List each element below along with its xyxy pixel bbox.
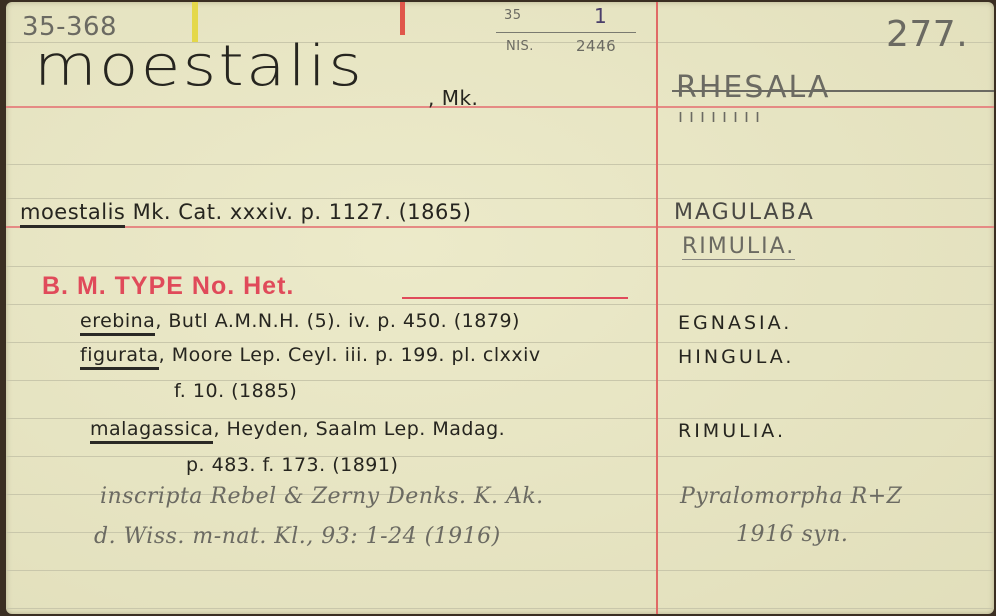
species-author: , Mk. — [428, 86, 478, 110]
pencil-note-line1: inscripta Rebel & Zerny Denks. K. Ak. — [100, 484, 544, 509]
ruled-line — [6, 608, 994, 609]
pencil-note-right1: Pyralomorpha R+Z — [680, 484, 902, 509]
pencil-note-right2: 1916 syn. — [736, 522, 848, 547]
citation-text: Mk. Cat. xxxiv. p. 1127. (1865) — [133, 200, 472, 224]
synonym-name: erebina — [80, 310, 155, 336]
synonym-genus: HINGULA. — [678, 346, 794, 368]
type-header: B. M. TYPE No. Het. — [42, 272, 294, 301]
red-margin-line — [656, 2, 658, 614]
synonym-name: malagassica — [90, 418, 213, 444]
red-ruled-line — [6, 106, 994, 108]
ruled-line — [6, 198, 994, 199]
citation-species: moestalis — [20, 200, 125, 228]
synonym-continuation: p. 483. f. 173. (1891) — [186, 454, 398, 476]
synonym-name: figurata — [80, 344, 159, 370]
ruled-line — [6, 164, 994, 165]
type-number-blank — [402, 297, 628, 299]
ruled-line — [6, 342, 994, 343]
genus-rimulia-1: RIMULIA. — [682, 234, 795, 260]
synonym-citation: , Moore Lep. Ceyl. iii. p. 199. pl. clxx… — [159, 344, 541, 366]
ref-top-left: 35 — [504, 8, 522, 23]
synonym-genus: RIMULIA. — [678, 420, 786, 442]
card-number: 277. — [886, 14, 968, 55]
red-ruled-line — [6, 226, 994, 228]
fraction-bar — [496, 32, 636, 33]
pencil-note-line2: d. Wiss. m-nat. Kl., 93: 1-24 (1916) — [94, 524, 501, 549]
ref-top-right: 1 — [594, 4, 607, 28]
ruled-line — [6, 570, 994, 571]
synonym-citation: , Butl A.M.N.H. (5). iv. p. 450. (1879) — [155, 310, 520, 332]
ruled-line — [6, 380, 994, 381]
synonym-genus: EGNASIA. — [678, 312, 792, 334]
synonym-continuation: f. 10. (1885) — [174, 380, 297, 402]
synonym-row: malagassica, Heyden, Saalm Lep. Madag. — [90, 418, 505, 440]
ruled-line — [6, 304, 994, 305]
synonym-row: figurata, Moore Lep. Ceyl. iii. p. 199. … — [80, 344, 541, 366]
ruled-line — [6, 456, 994, 457]
synonym-row: erebina, Butl A.M.N.H. (5). iv. p. 450. … — [80, 310, 520, 332]
ruled-line — [6, 266, 994, 267]
genus-magulaba: MAGULABA — [674, 200, 815, 225]
ref-bottom-left: NIS. — [506, 39, 534, 54]
species-title: moestalis — [34, 34, 364, 99]
index-card: 35-368 35 1 NIS. 2446 277. moestalis , M… — [6, 2, 994, 614]
ref-bottom-right: 2446 — [576, 37, 616, 55]
strike-ticks: ıııııııı — [678, 106, 766, 127]
struck-genus: RHESALA — [676, 70, 994, 105]
synonym-citation: , Heyden, Saalm Lep. Madag. — [213, 418, 505, 440]
red-tab-marker — [400, 2, 405, 35]
citation-line: moestalis Mk. Cat. xxxiv. p. 1127. (1865… — [20, 200, 471, 224]
